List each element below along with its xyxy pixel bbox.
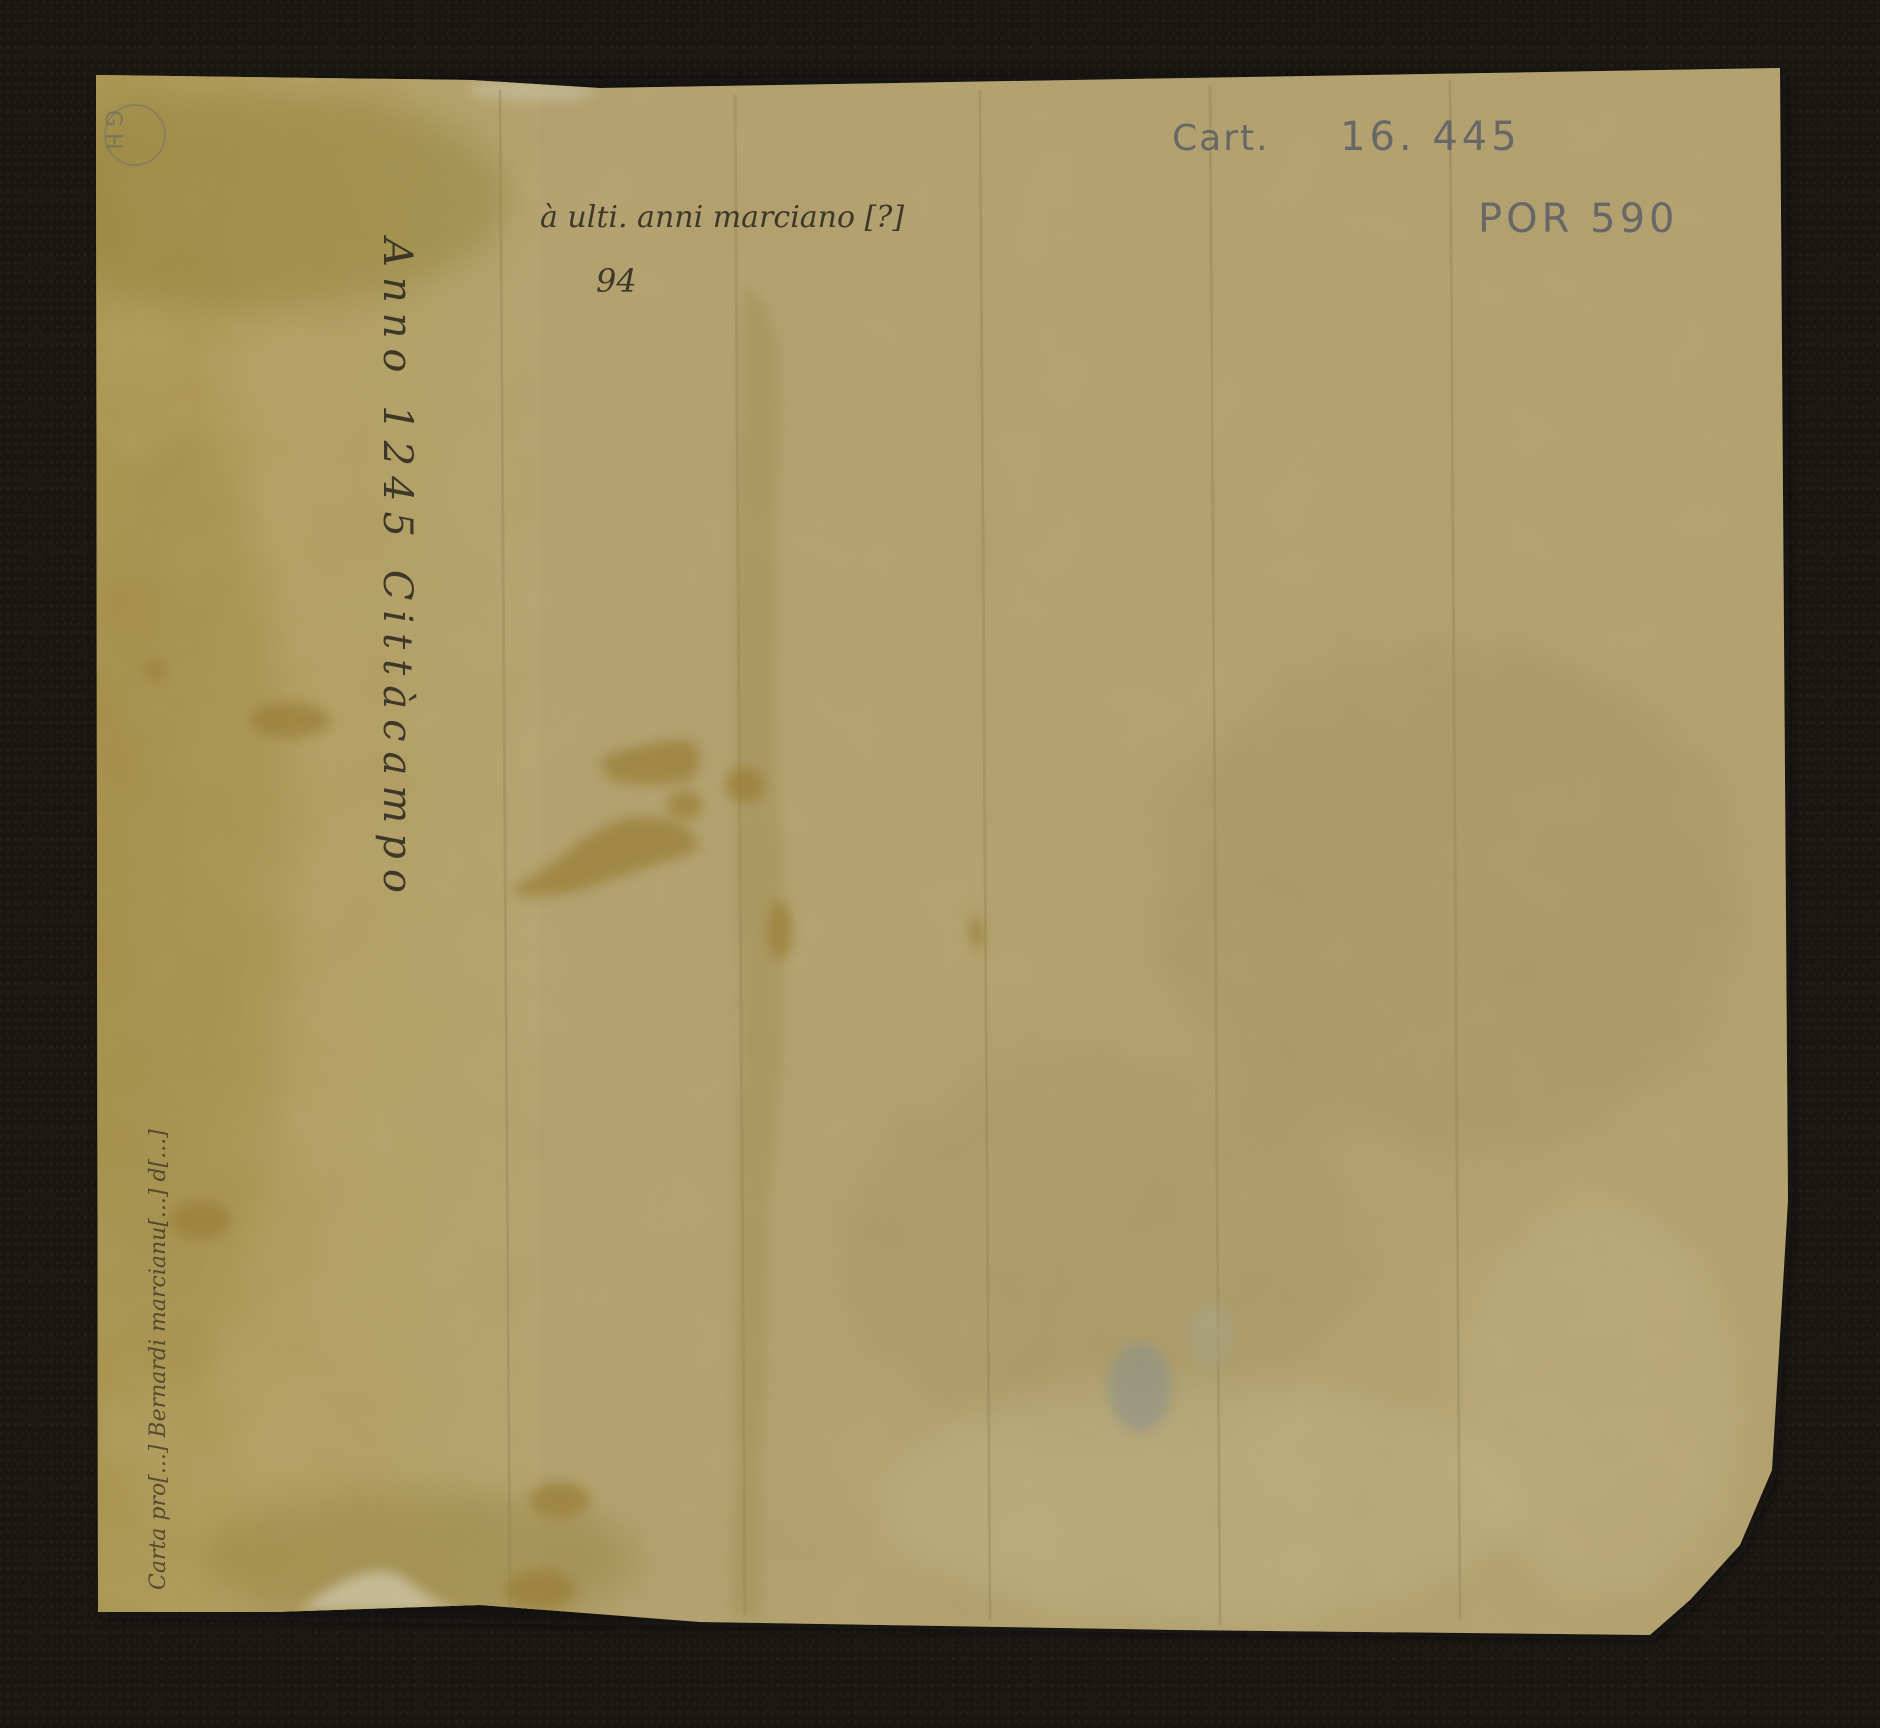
shelfmark: POR 590 [1478,196,1678,242]
vertical-note-left-edge: Carta pro[...] Bernardi marcianu[...] d[… [146,1129,171,1590]
dorsal-note-medieval: à ulti. anni marciano [?] [540,200,904,235]
archive-ref-number: 16. 445 [1340,114,1521,160]
dorsal-note-number: 94 [596,262,637,300]
archive-ref-label: Cart. [1172,118,1270,159]
parchment-sheet [0,0,1880,1728]
vertical-note-middle: Anno 1245 Cittàcampo [374,238,420,903]
stamp-mark: GH [100,110,125,156]
